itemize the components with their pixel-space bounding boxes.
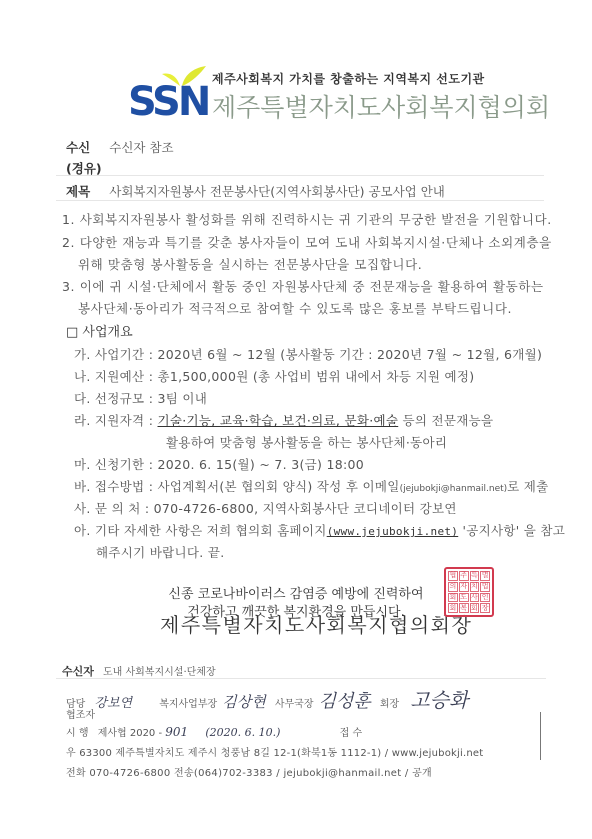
seal-glyph: 복 (459, 603, 469, 613)
paragraph-2-line-2: 위해 맞춤형 봉사활동을 실시하는 전문봉사단을 모집합니다. (78, 255, 422, 273)
item-value: 총1,500,000원 (총 사업비 범위 내에서 차등 지원 예정) (158, 369, 475, 384)
enforce-number: 제사협 2020 - (98, 728, 162, 739)
footer-recipient-label: 수신자 (62, 665, 94, 678)
item-label: 나. 지원예산 : (74, 369, 153, 384)
subject-label: 제목 (66, 184, 90, 199)
subject-value: 사회복지자원봉사 전문봉사단(지역사회봉사단) 공모사업 안내 (109, 184, 445, 199)
sender-name: 제주특별자치도사회복지협의회장 (160, 609, 472, 638)
recipient-value: 수신자 참조 (109, 140, 173, 155)
paragraph-1: 1. 사회복지자원봉사 활성화를 위해 진력하시는 귀 기관의 무궁한 발전을 … (62, 210, 552, 228)
overview-item-eligibility-line-2: 활용하여 맞춤형 봉사활동을 하는 봉사단체·동아리 (166, 433, 447, 451)
submission-email[interactable]: (jejubokji@hanmail.net) (400, 484, 508, 494)
official-seal: 협 주 특 별 의 자 치 법 회 도 사 인 회 복 회 장 (444, 567, 494, 617)
sec-gen-label: 사무국장 (275, 699, 314, 710)
item-label: 라. 지원자격 : (74, 413, 153, 428)
seal-glyph: 주 (459, 571, 469, 581)
cooperator-label: 협조자 (66, 706, 95, 721)
seal-glyph: 회 (448, 593, 458, 603)
item-label: 가. 사업기간 : (74, 347, 153, 362)
item-value: 070-4726-6800, 지역사회봉사단 코디네이터 강보연 (154, 501, 457, 516)
overview-item-budget: 나. 지원예산 : 총1,500,000원 (총 사업비 범위 내에서 차등 지… (74, 367, 474, 385)
approval-row: 담당 강보연 복지사업부장 김상현 사무국장 김성훈 회장 고승화 (66, 684, 468, 713)
signature-stroke (540, 712, 541, 760)
president-signature: 고승화 (410, 688, 468, 712)
dept-head-label: 복지사업부장 (159, 699, 217, 710)
divider (56, 678, 546, 679)
overview-item-other: 아. 기타 자세한 사항은 저희 협의회 홈페이지(www.jejubokji.… (74, 521, 565, 539)
seal-glyph: 사 (470, 593, 480, 603)
seal-glyph: 특 (470, 571, 480, 581)
item-value-rest: 등의 전문재능을 (398, 413, 493, 428)
paragraph-3-line-1: 3. 이에 귀 시설·단체에서 활동 중인 자원봉사단체 중 전문재능을 활용하… (62, 277, 544, 295)
seal-glyph: 회 (470, 603, 480, 613)
item-value: 사업계획서(본 협의회 양식) 작성 후 이메일 (158, 479, 400, 494)
seal-glyph: 별 (480, 571, 490, 581)
item-value: 기타 자세한 사항은 저희 협의회 홈페이지 (95, 523, 327, 538)
item-label: 마. 신청기한 : (74, 457, 153, 472)
overview-item-scale: 다. 선정규모 : 3팀 이내 (74, 389, 207, 407)
overview-item-submission: 바. 접수방법 : 사업계획서(본 협의회 양식) 작성 후 이메일(jejub… (74, 477, 549, 495)
enforce-date-handwritten: (2020. 6. 10.) (205, 726, 280, 739)
staff-signature: 강보연 (94, 696, 132, 711)
paragraph-3-line-2: 봉사단체·동아리가 적극적으로 참여할 수 있도록 많은 홍보를 부탁드립니다. (78, 299, 512, 317)
header-slogan: 제주사회복지 가치를 창출하는 지역복지 선도기관 (212, 70, 485, 87)
item-label: 사. 문 의 처 : (74, 501, 149, 516)
overview-item-eligibility: 라. 지원자격 : 기술·기능, 교육·학습, 보건·의료, 문화·예술 등의 … (74, 411, 493, 429)
address-line: 우 63300 제주특별자치도 제주시 청풍남 8길 12-1(화북1동 111… (66, 744, 483, 759)
contact-line: 전화 070-4726-6800 전송(064)702-3383 / jejub… (66, 764, 432, 779)
president-label: 회장 (380, 699, 399, 710)
receipt-label: 접 수 (340, 728, 363, 739)
item-value-post: 로 제출 (507, 479, 548, 494)
overview-item-period: 가. 사업기간 : 2020년 6월 ~ 12월 (봉사활동 기간 : 2020… (74, 345, 542, 363)
seal-glyph: 치 (470, 582, 480, 592)
seal-glyph: 인 (480, 593, 490, 603)
item-label: 다. 선정규모 : (74, 391, 153, 406)
subject-row: 제목 사회복지자원봉사 전문봉사단(지역사회봉사단) 공모사업 안내 (66, 181, 445, 200)
item-value: 3팀 이내 (158, 391, 208, 406)
recipient-row: 수신 수신자 참조 (66, 137, 174, 156)
enforce-label: 시 행 (66, 728, 89, 739)
dept-head-signature: 김상현 (222, 693, 265, 711)
logo-text: SSN (128, 80, 208, 124)
item-value: 2020년 6월 ~ 12월 (봉사활동 기간 : 2020년 7월 ~ 12월… (158, 347, 543, 362)
seal-glyph: 자 (459, 582, 469, 592)
enforcement-row: 시 행 제사협 2020 - 901 (2020. 6. 10.) 접 수 (66, 724, 362, 739)
homepage-link[interactable]: (www.jejubokji.net) (327, 525, 459, 538)
enforce-number-handwritten: 901 (165, 725, 188, 739)
ssn-logo: SSN (128, 66, 210, 124)
campaign-slogan-line-1: 신종 코로나바이러스 감염증 예방에 진력하여 (0, 583, 592, 602)
seal-glyph: 의 (448, 582, 458, 592)
via-label: (경유) (66, 159, 102, 177)
seal-glyph: 협 (448, 571, 458, 581)
item-value: 2020. 6. 15(월) ~ 7. 3(금) 18:00 (158, 457, 365, 472)
overview-item-deadline: 마. 신청기한 : 2020. 6. 15(월) ~ 7. 3(금) 18:00 (74, 455, 364, 473)
seal-glyph: 법 (480, 582, 490, 592)
overview-item-contact: 사. 문 의 처 : 070-4726-6800, 지역사회봉사단 코디네이터 … (74, 499, 457, 517)
section-heading: □ 사업개요 (66, 321, 133, 340)
divider (56, 175, 544, 176)
paragraph-2-line-1: 2. 다양한 재능과 특기를 갖춘 봉사자들이 모여 도내 사회복지시설·단체나… (62, 233, 552, 251)
footer-recipient-row: 수신자 도내 사회복지시설·단체장 (62, 660, 216, 679)
footer-recipient-value: 도내 사회복지시설·단체장 (103, 667, 216, 678)
sec-gen-signature: 김성훈 (319, 691, 371, 712)
recipient-label: 수신 (66, 140, 90, 155)
item-label: 바. 접수방법 : (74, 479, 153, 494)
eligibility-fields: 기술·기능, 교육·학습, 보건·의료, 문화·예술 (158, 413, 399, 428)
seal-glyph: 회 (448, 603, 458, 613)
overview-item-other-line-2: 해주시기 바랍니다. 끝. (96, 543, 224, 561)
divider (56, 200, 544, 201)
seal-glyph: 장 (480, 603, 490, 613)
org-title: 제주특별자치도사회복지협의회 (212, 88, 550, 124)
item-label: 아. (74, 523, 91, 538)
item-value-post: '공지사항' 을 참고 (458, 523, 565, 538)
seal-glyph: 도 (459, 593, 469, 603)
